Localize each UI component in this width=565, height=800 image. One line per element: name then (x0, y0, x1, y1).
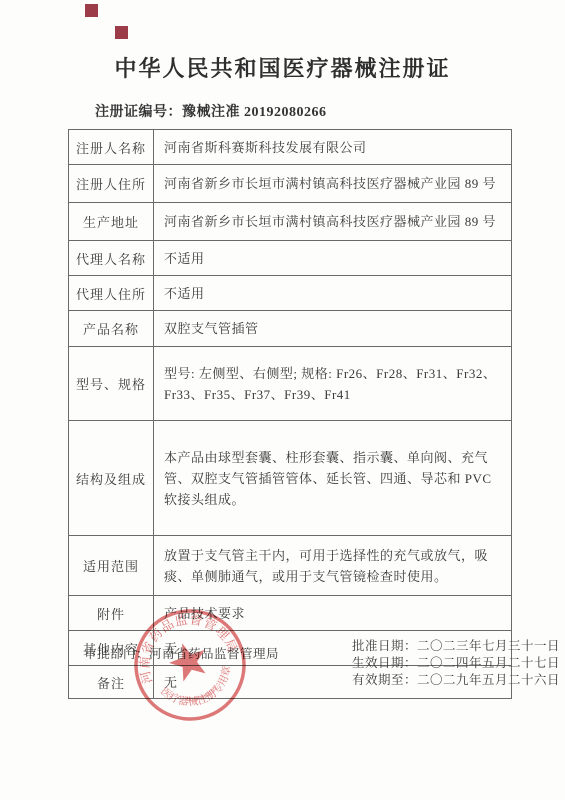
row-value: 不适用 (154, 241, 512, 276)
row-value: 河南省新乡市长垣市满村镇高科技医疗器械产业园 89 号 (154, 203, 512, 241)
table-row: 结构及组成 本产品由球型套囊、柱形套囊、指示囊、单向阀、充气管、双腔支气管插管管… (69, 421, 512, 536)
row-value: 不适用 (154, 276, 512, 311)
certificate-page: 中华人民共和国医疗器械注册证 注册证编号：豫械注准 20192080266 注册… (0, 0, 565, 800)
row-label: 附件 (69, 596, 154, 631)
expiry-date-value: 二〇二九年五月二十六日 (417, 673, 560, 687)
registration-number-line: 注册证编号：豫械注准 20192080266 (95, 101, 327, 121)
row-value: 双腔支气管插管 (154, 311, 512, 347)
row-label: 结构及组成 (69, 421, 154, 536)
dates-block: 批准日期：二〇二三年七月三十一日 生效日期：二〇二四年五月二十七日 有效期至：二… (352, 638, 560, 689)
table-row: 代理人名称 不适用 (69, 241, 512, 276)
effective-date-line: 生效日期：二〇二四年五月二十七日 (352, 655, 560, 672)
row-label: 生产地址 (69, 203, 154, 241)
table-row: 生产地址 河南省新乡市长垣市满村镇高科技医疗器械产业园 89 号 (69, 203, 512, 241)
row-label: 代理人名称 (69, 241, 154, 276)
red-corner-mark (115, 26, 128, 39)
registration-number-value: 豫械注准 20192080266 (182, 105, 327, 120)
row-label: 产品名称 (69, 311, 154, 347)
row-label: 注册人名称 (69, 130, 154, 165)
approval-department-value: 河南省药品监督管理局 (149, 647, 279, 661)
effective-date-label: 生效日期： (352, 656, 417, 670)
approval-department-line: 审批部门：河南省药品监督管理局 (84, 644, 279, 662)
table-row: 适用范围 放置于支气管主干内，可用于选择性的充气或放气，吸痰、单侧肺通气，或用于… (69, 536, 512, 596)
row-label: 备注 (69, 666, 154, 699)
table-row: 产品名称 双腔支气管插管 (69, 311, 512, 347)
certificate-title: 中华人民共和国医疗器械注册证 (0, 52, 565, 83)
row-value: 河南省斯科赛斯科技发展有限公司 (154, 130, 512, 165)
row-value: 产品技术要求 (154, 596, 512, 631)
row-label: 代理人住所 (69, 276, 154, 311)
approval-department-label: 审批部门： (84, 647, 149, 661)
approve-date-label: 批准日期： (352, 639, 417, 653)
expiry-date-line: 有效期至：二〇二九年五月二十六日 (352, 672, 560, 689)
registration-number-label: 注册证编号： (95, 105, 182, 120)
row-value: 型号: 左侧型、右侧型; 规格: Fr26、Fr28、Fr31、Fr32、Fr3… (154, 347, 512, 421)
expiry-date-label: 有效期至： (352, 673, 417, 687)
red-corner-mark (85, 4, 98, 17)
row-label: 型号、规格 (69, 347, 154, 421)
effective-date-value: 二〇二四年五月二十七日 (417, 656, 560, 670)
certificate-table: 注册人名称 河南省斯科赛斯科技发展有限公司 注册人住所 河南省新乡市长垣市满村镇… (68, 129, 512, 699)
table-row: 附件 产品技术要求 (69, 596, 512, 631)
table-row: 代理人住所 不适用 (69, 276, 512, 311)
table-row: 注册人名称 河南省斯科赛斯科技发展有限公司 (69, 130, 512, 165)
row-label: 适用范围 (69, 536, 154, 596)
row-value: 本产品由球型套囊、柱形套囊、指示囊、单向阀、充气管、双腔支气管插管管体、延长管、… (154, 421, 512, 536)
approve-date-line: 批准日期：二〇二三年七月三十一日 (352, 638, 560, 655)
row-label: 注册人住所 (69, 165, 154, 203)
table-row: 型号、规格 型号: 左侧型、右侧型; 规格: Fr26、Fr28、Fr31、Fr… (69, 347, 512, 421)
row-value: 放置于支气管主干内，可用于选择性的充气或放气，吸痰、单侧肺通气，或用于支气管镜检… (154, 536, 512, 596)
table-row: 注册人住所 河南省新乡市长垣市满村镇高科技医疗器械产业园 89 号 (69, 165, 512, 203)
row-value: 河南省新乡市长垣市满村镇高科技医疗器械产业园 89 号 (154, 165, 512, 203)
approve-date-value: 二〇二三年七月三十一日 (417, 639, 560, 653)
